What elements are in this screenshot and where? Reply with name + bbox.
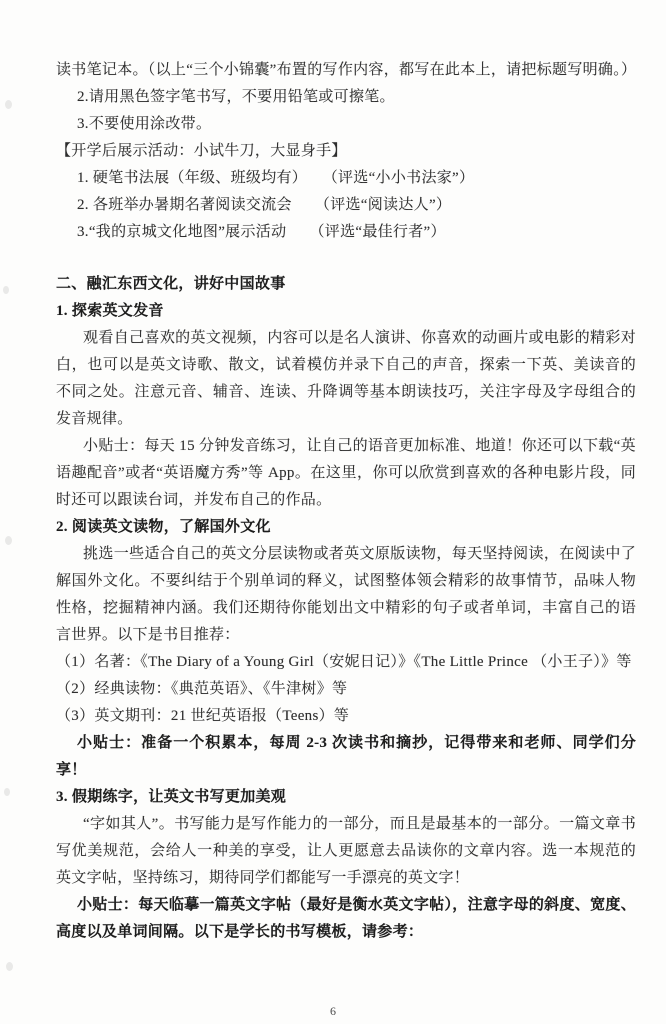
- exhibition-item-3: 3.“我的京城文化地图”展示活动 （评选“最佳行者”）: [56, 219, 636, 246]
- booklist-item-2: （2）经典读物：《典范英语》、《牛津树》等: [56, 676, 636, 703]
- instruction-item-3: 3.不要使用涂改带。: [56, 111, 636, 138]
- scan-artifact: [6, 962, 13, 971]
- subsection-heading-2: 2. 阅读英文读物，了解国外文化: [56, 514, 636, 541]
- paragraph-handwriting: “字如其人”。书写能力是写作能力的一部分，而且是最基本的一部分。一篇文章书写优美…: [56, 811, 636, 892]
- paragraph-pronunciation: 观看自己喜欢的英文视频，内容可以是名人演讲、你喜欢的动画片或电影的精彩对白，也可…: [56, 325, 636, 433]
- scan-artifact: [5, 536, 12, 545]
- section-heading-2: 二、融汇东西文化，讲好中国故事: [56, 271, 636, 298]
- instruction-item-2: 2.请用黑色签字笔书写，不要用铅笔或可擦笔。: [56, 84, 636, 111]
- tip-copybook: 小贴士：每天临摹一篇英文字帖（最好是衡水英文字帖），注意字母的斜度、宽度、高度以…: [56, 892, 636, 946]
- scan-artifact: [5, 100, 12, 109]
- exhibition-item-2: 2. 各班举办暑期名著阅读交流会 （评选“阅读达人”）: [56, 192, 636, 219]
- subsection-heading-1: 1. 探索英文发音: [56, 298, 636, 325]
- body-line-continuation: 读书笔记本。（以上“三个小锦囊”布置的写作内容，都写在此本上，请把标题写明确。）: [56, 57, 636, 84]
- paragraph-tip-pronunciation: 小贴士：每天 15 分钟发音练习，让自己的语音更加标准、地道！你还可以下载“英语…: [56, 433, 636, 514]
- scan-artifact: [3, 286, 9, 294]
- scan-artifact: [4, 788, 10, 796]
- bracket-heading-exhibition: 【开学后展示活动：小试牛刀，大显身手】: [56, 138, 636, 165]
- exhibition-item-1: 1. 硬笔书法展（年级、班级均有） （评选“小小书法家”）: [56, 165, 636, 192]
- booklist-item-3: （3）英文期刊：21 世纪英语报（Teens）等: [56, 703, 636, 730]
- paragraph-reading: 挑选一些适合自己的英文分层读物或者英文原版读物，每天坚持阅读，在阅读中了解国外文…: [56, 541, 636, 649]
- booklist-item-1: （1）名著：《The Diary of a Young Girl（安妮日记）》《…: [56, 649, 636, 676]
- document-page: 读书笔记本。（以上“三个小锦囊”布置的写作内容，都写在此本上，请把标题写明确。）…: [0, 0, 666, 1024]
- section-gap: [56, 246, 636, 271]
- subsection-heading-3: 3. 假期练字，让英文书写更加美观: [56, 784, 636, 811]
- tip-reading-notes: 小贴士：准备一个积累本，每周 2-3 次读书和摘抄，记得带来和老师、同学们分享！: [56, 730, 636, 784]
- page-number: 6: [0, 1004, 666, 1019]
- document-body: 读书笔记本。（以上“三个小锦囊”布置的写作内容，都写在此本上，请把标题写明确。）…: [56, 57, 636, 946]
